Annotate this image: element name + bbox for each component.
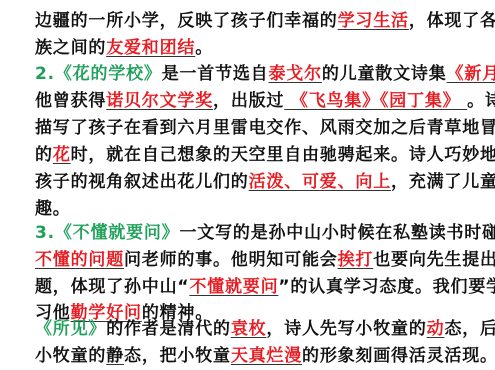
body-text: ，体现了各民 [409, 11, 495, 31]
text-line: 小牧童的静态，把小牧童天真烂漫的形象刻画得活灵活现。我 [35, 345, 465, 367]
body-text: 题，体现了孙中山“ [35, 277, 189, 297]
body-text: 描写了孩子在看到六月里雷电交作、风雨交加之后青草地冒出 [35, 118, 495, 138]
body-text: 。 [195, 38, 213, 58]
body-text: 态，后写 [444, 319, 495, 339]
text-line: 3.《不懂就要问》一文写的是孙中山小时候在私塾读书时碰到 [35, 222, 465, 244]
body-text: 。诗中 [467, 91, 495, 111]
body-text: 边疆的一所小学，反映了孩子们幸福的 [35, 11, 338, 31]
text-line: 他曾获得诺贝尔文学奖，出版过 《飞鸟集》《园丁集》 。诗中 [35, 90, 465, 112]
body-text: 的 [35, 145, 53, 165]
highlighted-keyword: 不懂的问题 [35, 250, 124, 270]
highlighted-keyword: 友爱和团结 [106, 38, 195, 58]
highlighted-keyword: 动 [427, 319, 445, 339]
body-text: 族之间的 [35, 38, 106, 58]
body-text: 的作者是清代的 [106, 319, 231, 339]
body-text: 他曾获得 [35, 91, 106, 111]
body-text: 也要向先生提出问 [373, 250, 495, 270]
highlighted-keyword: 泰戈尔 [269, 64, 322, 84]
highlighted-keyword: 学习生活 [338, 11, 409, 31]
section-heading: 2.《花的学校》 [35, 64, 162, 84]
body-text: 的儿童散文诗集 [322, 64, 447, 84]
text-line: 的花时，就在自己想象的天空里自由驰骋起来。诗人巧妙地从 [35, 144, 465, 166]
highlighted-keyword: 不懂就要问 [189, 277, 278, 297]
highlighted-keyword: 花 [53, 145, 71, 165]
body-text: 问老师的事。他明知可能会 [124, 250, 338, 270]
highlighted-keyword: 挨打 [338, 250, 374, 270]
body-text: 小牧童的 [35, 346, 106, 366]
text-line: 族之间的友爱和团结。 [35, 37, 465, 59]
body-text: 的形象刻画得活灵活现。我 [302, 346, 495, 366]
section-heading: 3.《不懂就要问》 [35, 223, 180, 243]
body-text: 静 [106, 346, 124, 366]
body-text: 态，把小牧童 [124, 346, 231, 366]
body-text: 一文写的是孙中山小时候在私塾读书时碰到 [180, 223, 495, 243]
highlighted-keyword: 《新月集》 [447, 64, 495, 84]
text-line: 《所见》的作者是清代的袁枚，诗人先写小牧童的动态，后写 [35, 318, 465, 340]
body-text: ，充满了儿童情 [391, 172, 495, 192]
document-page: 边疆的一所小学，反映了孩子们幸福的学习生活，体现了各民族之间的友爱和团结。2.《… [0, 0, 495, 370]
body-text: 是一首节选自 [162, 64, 269, 84]
body-text: ”的认真学习态度。我们要学 [278, 277, 495, 297]
text-line: 孩子的视角叙述出花儿们的活泼、可爱、向上，充满了儿童情 [35, 171, 465, 193]
highlighted-keyword: 天真烂漫 [231, 346, 302, 366]
text-line: 2.《花的学校》是一首节选自泰戈尔的儿童散文诗集《新月集》。 [35, 63, 465, 85]
highlighted-keyword: 诺贝尔文学奖 [106, 91, 213, 111]
highlighted-keyword: 活泼、可爱、向上 [249, 172, 391, 192]
body-text: 孩子的视角叙述出花儿们的 [35, 172, 249, 192]
text-line: 趣。 [35, 198, 465, 220]
body-text: 时，就在自己想象的天空里自由驰骋起来。诗人巧妙地从 [71, 145, 495, 165]
highlighted-keyword: 《飞鸟集》《园丁集》 [284, 91, 467, 111]
highlighted-keyword: 袁枚 [231, 319, 267, 339]
text-line: 描写了孩子在看到六月里雷电交作、风雨交加之后青草地冒出 [35, 117, 465, 139]
section-heading: 《所见》 [35, 319, 106, 339]
body-text: ，出版过 [213, 91, 284, 111]
text-line: 边疆的一所小学，反映了孩子们幸福的学习生活，体现了各民 [35, 10, 465, 32]
text-line: 题，体现了孙中山“不懂就要问”的认真学习态度。我们要学 [35, 276, 465, 298]
text-line: 不懂的问题问老师的事。他明知可能会挨打也要向先生提出问 [35, 249, 465, 271]
body-text: ，诗人先写小牧童的 [266, 319, 426, 339]
body-text: 趣。 [35, 199, 71, 219]
